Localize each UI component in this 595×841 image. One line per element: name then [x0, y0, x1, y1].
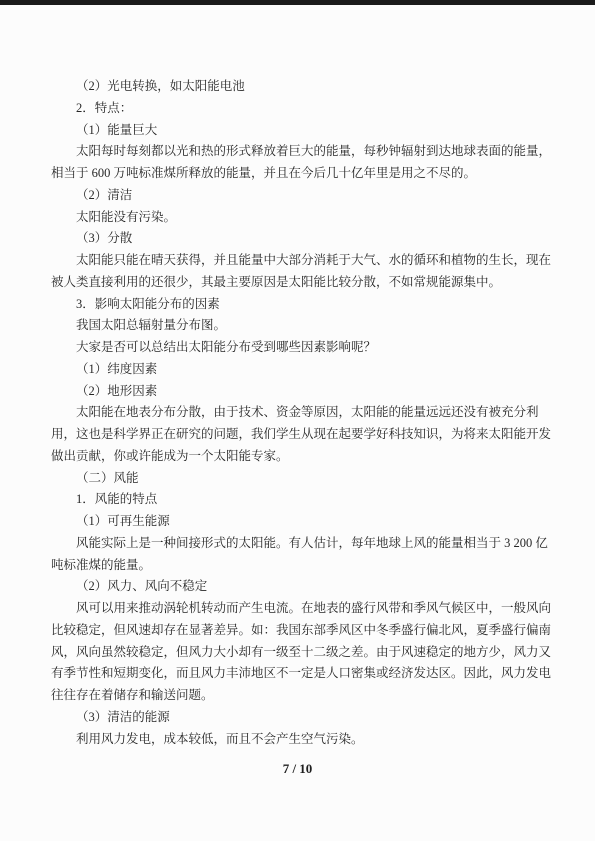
- text-line: 3．影响太阳能分布的因素: [51, 294, 543, 316]
- text-line: 1．风能的特点: [51, 489, 543, 511]
- text-line: （2）风力、风向不稳定: [51, 576, 543, 598]
- text-line: （2）地形因素: [51, 381, 543, 403]
- text-line: 太阳能在地表分布分散，由于技术、资金等原因，太阳能的能量远远还没有被充分利: [51, 402, 543, 424]
- text-line: 大家是否可以总结出太阳能分布受到哪些因素影响呢？: [51, 337, 543, 359]
- text-line: 太阳能只能在晴天获得，并且能量中大部分消耗于大气、水的循环和植物的生长，现在: [51, 250, 543, 272]
- text-line: 用，这也是科学界正在研究的问题，我们学生从现在起要学好科技知识，为将来太阳能开发: [51, 424, 543, 446]
- text-line: 有季节性和短期变化，而且风力丰沛地区不一定是人口密集或经济发达区。因此，风力发电: [51, 663, 543, 685]
- page-top-border: [0, 0, 595, 5]
- text-line: 我国太阳总辐射量分布图。: [51, 315, 543, 337]
- text-line: 利用风力发电，成本较低，而且不会产生空气污染。: [51, 729, 543, 751]
- text-line: （3）清洁的能源: [51, 707, 543, 729]
- text-line: 风，风向虽然较稳定，但风力大小却有一级至十二级之差。由于风速稳定的地方少，风力又: [51, 642, 543, 664]
- text-line: （二）风能: [51, 468, 543, 490]
- text-line: （2）清洁: [51, 185, 543, 207]
- text-line: （2）光电转换，如太阳能电池: [51, 76, 543, 98]
- text-line: （1）可再生能源: [51, 511, 543, 533]
- text-line: 往往存在着储存和输送问题。: [51, 685, 543, 707]
- text-line: 被人类直接利用的还很少，其最主要原因是太阳能比较分散，不如常规能源集中。: [51, 272, 543, 294]
- text-line: 太阳每时每刻都以光和热的形式释放着巨大的能量，每秒钟辐射到达地球表面的能量，: [51, 141, 543, 163]
- text-line: 比较稳定，但风速却存在显著差异。如：我国东部季风区中冬季盛行偏北风，夏季盛行偏南: [51, 620, 543, 642]
- text-line: （3）分散: [51, 228, 543, 250]
- text-line: 太阳能没有污染。: [51, 207, 543, 229]
- text-line: （1）能量巨大: [51, 120, 543, 142]
- text-line: 风可以用来推动涡轮机转动而产生电流。在地表的盛行风带和季风气候区中，一般风向: [51, 598, 543, 620]
- text-line: 相当于 600 万吨标准煤所释放的能量，并且在今后几十亿年里是用之不尽的。: [51, 163, 543, 185]
- text-line: 风能实际上是一种间接形式的太阳能。有人估计，每年地球上风的能量相当于 3 200…: [51, 533, 543, 555]
- document-body: （2）光电转换，如太阳能电池2．特点：（1）能量巨大太阳每时每刻都以光和热的形式…: [51, 76, 543, 750]
- text-line: 2．特点：: [51, 98, 543, 120]
- text-line: 做出贡献，你或许能成为一个太阳能专家。: [51, 446, 543, 468]
- text-line: （1）纬度因素: [51, 359, 543, 381]
- page-number: 7 / 10: [0, 761, 595, 777]
- text-line: 吨标准煤的能量。: [51, 555, 543, 577]
